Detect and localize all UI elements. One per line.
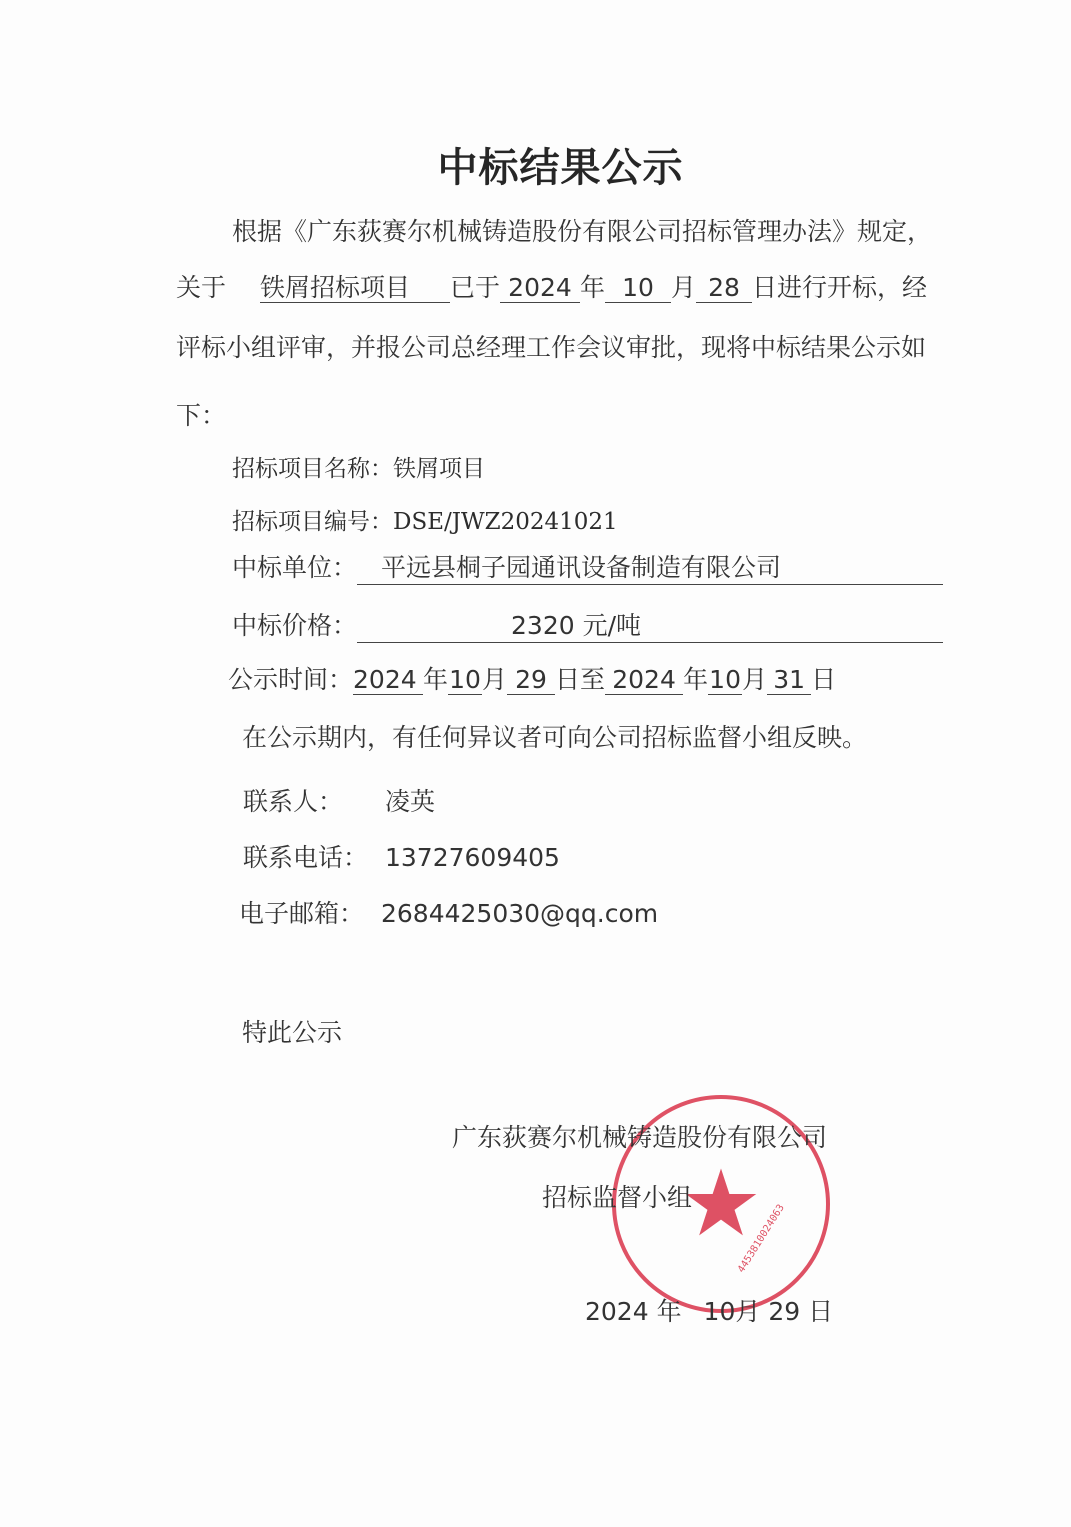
project-blank: 铁屑招标项目 <box>260 274 450 303</box>
closing-text: 特此公示 <box>242 1013 342 1049</box>
project-number-row: 招标项目编号：DSE/JWZ20241021 <box>232 503 618 536</box>
project-name-label: 招标项目名称： <box>232 456 393 482</box>
winner-value: 平远县桐子园通讯设备制造有限公司 <box>381 553 781 582</box>
project-name-row: 招标项目名称：铁屑项目 <box>232 450 485 483</box>
price-value: 2320 元/吨 <box>511 611 641 640</box>
contact-phone-label: 联系电话： <box>243 838 385 874</box>
day-char: 日 <box>808 1297 833 1326</box>
star-icon: ★ <box>680 1158 762 1250</box>
signature-date: 2024 年 10月 29 日 <box>585 1292 833 1328</box>
contact-email-row: 电子邮箱：2684425030@qq.com <box>239 894 658 930</box>
open-month: 10 <box>605 274 671 303</box>
price-row: 中标价格：2320 元/吨 <box>232 606 943 643</box>
sign-year: 2024 <box>585 1297 649 1326</box>
winner-label: 中标单位： <box>232 553 357 582</box>
contact-email-value: 2684425030@qq.com <box>381 899 658 928</box>
publicity-label: 公示时间： <box>228 665 353 694</box>
contact-phone-row: 联系电话：13727609405 <box>243 838 560 874</box>
intro-line-4: 下： <box>176 396 226 432</box>
price-label: 中标价格： <box>232 611 357 640</box>
month-char: 月 <box>671 273 696 302</box>
intro-line-2: 关于 铁屑招标项目已于2024年10月28日进行开标，经 <box>176 268 927 304</box>
already-text: 已于 <box>450 273 500 302</box>
month-char: 月 <box>742 665 767 694</box>
contact-person-label: 联系人： <box>243 782 385 818</box>
intro-line-1: 根据《广东荻赛尔机械铸造股份有限公司招标管理办法》规定， <box>232 212 932 248</box>
winner-row: 中标单位：平远县桐子园通讯设备制造有限公司 <box>232 548 943 585</box>
open-year: 2024 <box>500 274 580 303</box>
contact-person-value: 凌英 <box>385 787 435 816</box>
year-char: 年 <box>580 273 605 302</box>
signature-company: 广东荻赛尔机械铸造股份有限公司 <box>452 1118 827 1154</box>
sign-day: 29 <box>768 1297 800 1326</box>
month-char: 月 <box>735 1297 760 1326</box>
project-number-label: 招标项目编号： <box>232 509 393 535</box>
end-year: 2024 <box>605 666 683 695</box>
page-title: 中标结果公示 <box>0 136 1071 193</box>
year-char: 年 <box>657 1297 682 1326</box>
about-prefix: 关于 <box>176 273 226 302</box>
end-month: 10 <box>708 666 742 695</box>
contact-email-label: 电子邮箱： <box>239 894 381 930</box>
start-year: 2024 <box>353 666 423 695</box>
price-value-line: 2320 元/吨 <box>357 606 943 643</box>
year-char: 年 <box>683 665 708 694</box>
publicity-period-row: 公示时间：2024年10月29日至2024年10月31日 <box>228 660 836 696</box>
contact-person-row: 联系人：凌英 <box>243 782 435 818</box>
month-char: 月 <box>482 665 507 694</box>
winner-value-line: 平远县桐子园通讯设备制造有限公司 <box>357 548 943 585</box>
project-name-value: 铁屑项目 <box>393 456 485 482</box>
sign-month: 10 <box>704 1297 736 1326</box>
intro-text-1: 根据《广东荻赛尔机械铸造股份有限公司招标管理办法》规定， <box>232 217 932 246</box>
objection-notice: 在公示期内，有任何异议者可向公司招标监督小组反映。 <box>242 718 867 754</box>
to-text: 日至 <box>555 665 605 694</box>
signature-group: 招标监督小组 <box>542 1178 692 1214</box>
contact-phone-value: 13727609405 <box>385 843 560 872</box>
open-suffix: 日进行开标，经 <box>752 273 927 302</box>
year-char: 年 <box>423 665 448 694</box>
day-char: 日 <box>811 665 836 694</box>
intro-line-3: 评标小组评审，并报公司总经理工作会议审批，现将中标结果公示如 <box>176 328 926 364</box>
end-day: 31 <box>767 666 811 695</box>
start-month: 10 <box>448 666 482 695</box>
start-day: 29 <box>507 666 555 695</box>
open-day: 28 <box>696 274 752 303</box>
project-number-value: DSE/JWZ20241021 <box>393 509 618 535</box>
